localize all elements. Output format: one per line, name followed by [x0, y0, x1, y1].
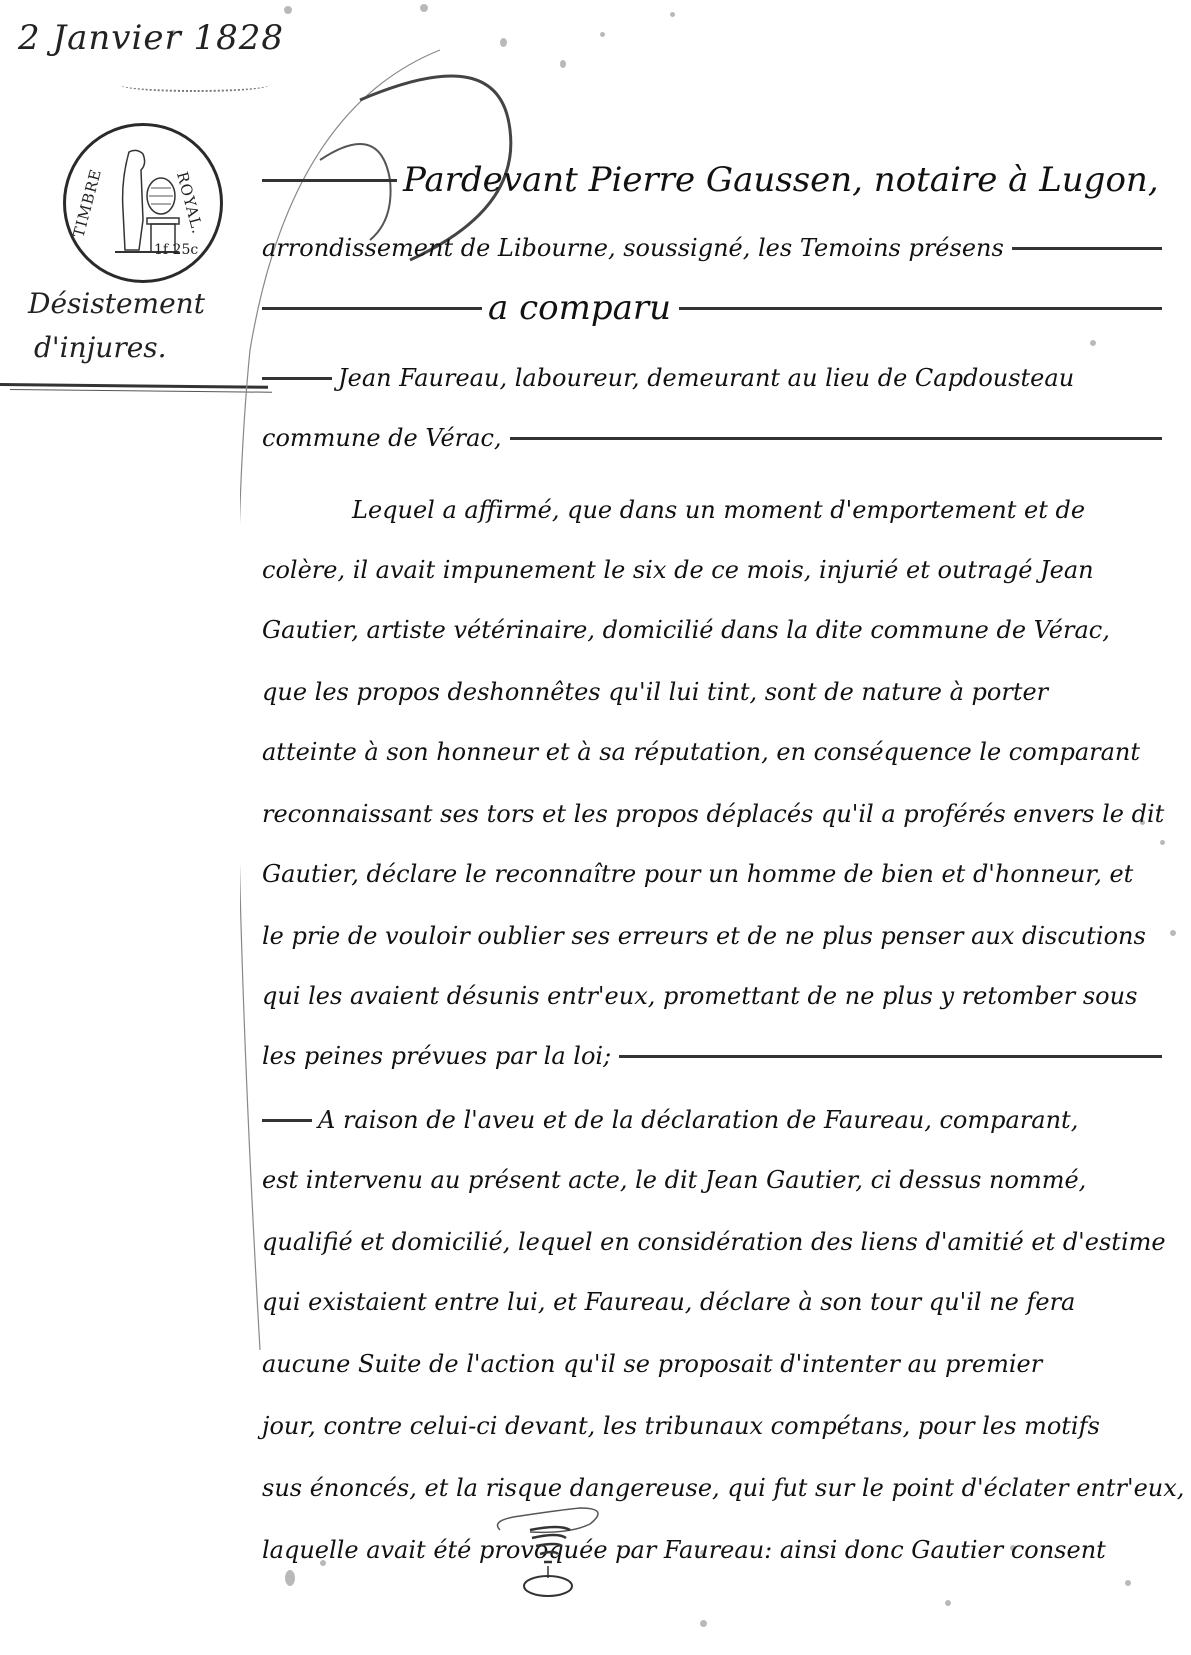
document-page: 2 Janvier 1828 TIMBRE ROYAL. 1f 25c Dési… [0, 0, 1191, 1655]
text-line: A raison de l'aveu et de la déclaration … [262, 1090, 1162, 1150]
paraphe-flourish-icon [490, 1500, 610, 1600]
text-line: commune de Vérac, [262, 408, 1162, 468]
text-line: laquelle avait été provoquée par Faureau… [262, 1520, 1162, 1580]
text-line: les peines prévues par la loi; [262, 1026, 1162, 1086]
margin-title: Désistement d'injures. [28, 282, 205, 370]
text-line: Gautier, artiste vétérinaire, domicilié … [262, 600, 1162, 660]
text-line: Jean Faureau, laboureur, demeurant au li… [262, 348, 1162, 408]
text-line: Gautier, déclare le reconnaître pour un … [262, 844, 1162, 904]
text-line: a comparu [262, 278, 1162, 338]
text-line: arrondissement de Libourne, soussigné, l… [262, 218, 1162, 278]
text-line: aucune Suite de l'action qu'il se propos… [262, 1334, 1162, 1394]
text-line: le prie de vouloir oublier ses erreurs e… [262, 906, 1162, 966]
margin-title-line-2: d'injures. [28, 326, 205, 370]
text-line: est intervenu au présent acte, le dit Je… [262, 1150, 1162, 1210]
text-line: Pardevant Pierre Gaussen, notaire à Lugo… [262, 150, 1162, 210]
text-line: sus énoncés, et la risque dangereuse, qu… [262, 1458, 1162, 1518]
text-line: qui les avaient désunis entr'eux, promet… [262, 966, 1162, 1026]
document-date: 2 Janvier 1828 [18, 18, 284, 58]
stamp-left-text: TIMBRE [69, 167, 105, 240]
text-line: atteinte à son honneur et à sa réputatio… [262, 722, 1162, 782]
text-line: que les propos deshonnêtes qu'il lui tin… [262, 662, 1162, 722]
text-line: colère, il avait impunement le six de ce… [262, 540, 1162, 600]
text-line: jour, contre celui-ci devant, les tribun… [262, 1396, 1162, 1456]
margin-rule [0, 383, 268, 389]
text-line: qui existaient entre lui, et Faureau, dé… [262, 1272, 1162, 1332]
margin-title-line-1: Désistement [28, 282, 205, 326]
timbre-royal-stamp: TIMBRE ROYAL. 1f 25c [63, 123, 223, 283]
text-line: qualifié et domicilié, lequel en considé… [262, 1212, 1162, 1272]
date-flourish [120, 78, 270, 92]
text-line: reconnaissant ses tors et les propos dép… [262, 784, 1162, 844]
text-line: Lequel a affirmé, que dans un moment d'e… [262, 480, 1162, 540]
stamp-value: 1f 25c [154, 242, 198, 258]
margin-rule-thin [10, 389, 272, 393]
